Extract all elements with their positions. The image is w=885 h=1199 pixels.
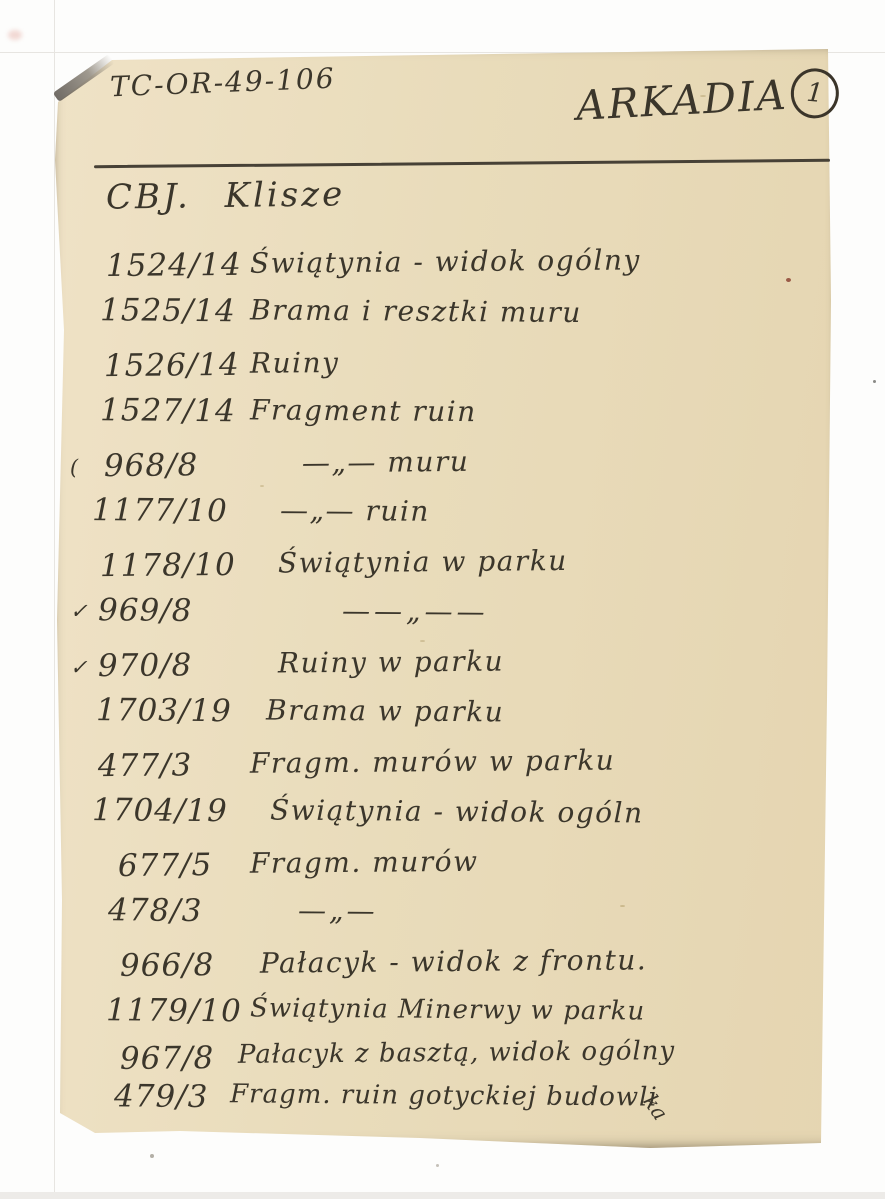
paper-speck [260,485,264,487]
check-mark [70,293,92,299]
entry-description: Brama i resztki muru [250,294,582,329]
negative-number: 677/5 [92,848,250,885]
negative-number: 479/3 [92,1079,250,1116]
entry-description: Pałacyk z basztą, widok ogólny [238,1037,675,1071]
entry-description: —„— ruin [280,495,430,528]
list-entry-row: 1703/19 Brama w parku [70,693,840,749]
entry-description: Ruiny [250,347,340,380]
negative-number: 1525/14 [92,293,250,330]
negative-number: 970/8 [92,648,250,685]
negative-number: 969/8 [92,593,250,630]
check-mark [70,1042,92,1048]
negative-number: 1524/14 [92,248,250,285]
check-mark: ✓ [70,649,92,679]
entry-description-text: Fragment ruin [250,393,477,428]
document-title: ARKADIA [575,71,789,130]
negative-number: 968/8 [92,448,250,485]
scan-speck [150,1154,154,1158]
paper-speck [420,640,425,642]
entry-description-text: Brama i resztki muru [250,293,582,329]
list-entry-row: 1178/10 Świątynia w parku [70,543,840,600]
entry-description-text: ——„—— [342,594,489,628]
scanner-edge-line-vertical [54,0,55,1199]
list-entry-row: 1179/10 Świątynia Minerwy w parku [70,993,840,1042]
scan-speck [873,380,876,383]
negative-number: 967/8 [92,1041,250,1078]
list-entry-row: 479/3 Fragm. ruin gotyckiej budowlika [70,1079,840,1128]
entry-description-text: Ruiny [250,346,340,380]
entry-description-text: Ruiny w parku [278,645,504,680]
list-entry-row: 1527/14 Fragment ruin [70,393,840,449]
list-entry-row: ✓ 970/8 Ruiny w parku [70,643,840,700]
list-entry-row: ✓ 969/8 ——„—— [70,593,840,649]
negative-list: 1524/14 Świątynia - widok ogólny 1525/14… [70,246,840,1125]
entry-description: Świątynia - widok ogóln [270,795,644,830]
entry-description: Fragment ruin [250,394,477,428]
page-number-badge: 1 [788,66,840,120]
entry-description: Fragm. murów [250,846,479,880]
check-mark: ✓ [70,593,92,623]
entry-description-text: —„— [298,894,378,928]
list-entry-row: 966/8 Pałacyk - widok z frontu. [70,943,840,1000]
entry-description: Świątynia Minerwy w parku [250,994,645,1027]
entry-description: Brama w parku [266,695,504,729]
check-mark [70,493,92,499]
list-entry-row: 477/3 Fragm. murów w parku [70,743,840,800]
list-entry-row: 1177/10 —„— ruin [70,493,840,549]
negative-number: 477/3 [92,748,250,785]
paper-speck [786,278,791,282]
negative-number: 966/8 [92,948,250,985]
entry-description-text: Fragm. ruin gotyckiej budowli [230,1079,658,1112]
check-mark [70,349,92,355]
negative-number: 1177/10 [92,493,250,530]
entry-description-text: Świątynia - widok ogóln [270,794,644,830]
check-mark [70,993,92,999]
entry-description: —„— muru [302,446,470,480]
check-mark [70,249,92,255]
entry-description-text: —„— muru [302,445,470,479]
list-entry-row: 1525/14 Brama i resztki muru [70,293,840,349]
check-mark [70,693,92,699]
scan-speck [436,1164,439,1167]
entry-description: Pałacyk - widok z frontu. [260,944,648,980]
check-mark [70,1079,92,1085]
negative-number: 1703/19 [92,693,250,730]
entry-description-text: —„— ruin [280,494,430,528]
negative-number: 478/3 [92,893,250,930]
negative-number: 1178/10 [92,548,250,585]
entry-description-text: Fragm. murów [250,845,479,880]
entry-description: Świątynia w parku [278,545,568,580]
entry-description-text: Pałacyk - widok z frontu. [260,943,648,979]
check-mark [70,749,92,755]
entry-description: Fragm. ruin gotyckiej budowlika [230,1080,683,1113]
list-entry-row: 1524/14 Świątynia - widok ogólny [70,243,840,300]
entry-description-text: Pałacyk z basztą, widok ogólny [238,1036,675,1070]
entry-description-text: Fragm. murów w parku [250,744,616,780]
check-mark [70,949,92,955]
negative-number: 1527/14 [92,393,250,430]
check-mark [70,849,92,855]
check-mark [70,549,92,555]
entry-description: Fragm. murów w parku [250,745,616,780]
negative-number: 1704/19 [92,793,250,830]
negative-number: 1179/10 [92,993,250,1030]
entry-description: —„— [298,895,378,928]
list-entry-row: 677/5 Fragm. murów [70,843,840,900]
list-entry-row: ( 968/8 —„— muru [70,443,840,500]
entry-description-text: Świątynia Minerwy w parku [250,993,645,1026]
scan-bottom-band [0,1192,885,1199]
list-entry-row: 478/3 —„— [70,893,840,949]
check-mark [70,393,92,399]
check-mark: ( [70,449,92,479]
list-entry-row: 1526/14 Ruiny [70,343,840,400]
collection-heading: CBJ. Klisze [106,174,346,217]
negative-number: 1526/14 [92,348,250,385]
paper-speck [620,905,625,907]
scanned-page: TC-OR-49-106 ARKADIA 1 CBJ. Klisze 1524/… [0,0,885,1199]
list-entry-row: 1704/19 Świątynia - widok ogóln [70,793,840,849]
check-mark [70,893,92,899]
entry-description-text: Świątynia w parku [278,544,568,580]
check-mark [70,793,92,799]
entry-description: Ruiny w parku [278,646,504,680]
scan-smudge [8,30,22,40]
paper-speck [700,95,706,97]
entry-description-text: Świątynia - widok ogólny [250,243,641,279]
entry-description: ——„—— [342,595,489,628]
entry-description-text: Brama w parku [266,694,504,729]
entry-description: Świątynia - widok ogólny [250,244,641,280]
